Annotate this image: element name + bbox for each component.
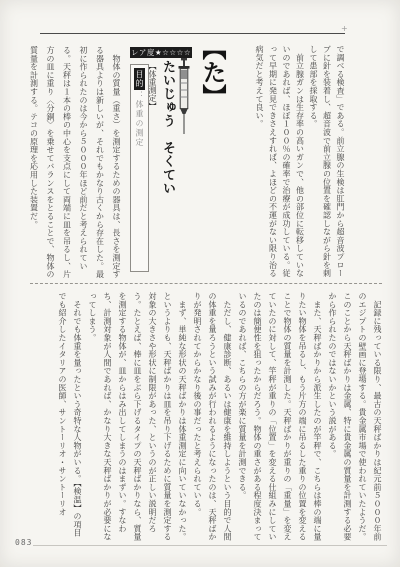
purpose-box: 目的 ： 体重の測定 xyxy=(130,64,149,272)
entry-paragraph: ただし、健康診断、あるいは健康を維持しようという目的で人間の体重を量ろうという試… xyxy=(190,292,235,542)
purpose-colon: ： xyxy=(134,91,145,99)
footer-rule xyxy=(33,545,387,546)
purpose-label: 目的 xyxy=(134,68,145,90)
purpose-value: 体重の測定 xyxy=(135,100,144,148)
previous-entry-paragraph: 前立腺ガンは生存率の高いガンで、他の部位に転移していないのであれば、ほぼ１００％… xyxy=(253,45,307,281)
entry-body-text: 記録に残っている限り、最古の天秤ばかりは紀元前５０００年前のエジプトの壁画に登場… xyxy=(18,292,385,542)
entry-paragraph: また、天秤ばかりから派生したのが竿秤で、こちらは棒の端に量りたい物体を吊るし、も… xyxy=(235,292,325,542)
entry-paragraph: それでも体重を量ったという奇特な人物がいる。【検温】の項目でも紹介したイタリアの… xyxy=(55,292,85,542)
syringe-icon xyxy=(177,58,191,136)
band-divider-dashed xyxy=(30,283,382,284)
book-page: + で調べる検査」である。前立腺の生検は肛門から超音波プローブに針を装着し、超音… xyxy=(0,0,400,567)
previous-entry-paragraph: で調べる検査」である。前立腺の生検は肛門から超音波プローブに針を装着し、超音波で… xyxy=(307,45,348,281)
entry-intro-text: 物体の質量（重さ）を測定するための器具は、長さを測定する器具よりは新しいが、それ… xyxy=(12,46,124,282)
previous-entry-text: で調べる検査」である。前立腺の生検は肛門から超音波プローブに針を装着し、超音波で… xyxy=(245,45,347,281)
entry-title-kana: たいじゅう そくてい xyxy=(159,60,175,210)
kana-section-marker: 【た】 xyxy=(199,36,225,108)
entry-paragraph: まず、単純な形状の天秤ばかりは体重測定に向いていなかった。というよりも、天秤ばか… xyxy=(85,292,190,542)
rule-end-mark: + xyxy=(341,24,348,33)
entry-paragraph: 記録に残っている限り、最古の天秤ばかりは紀元前５０００年前のエジプトの壁画に登場… xyxy=(325,292,385,542)
entry-paragraph: 物体の質量（重さ）を測定するための器具は、長さを測定する器具よりは新しいが、それ… xyxy=(25,46,124,282)
top-rule xyxy=(40,33,345,34)
rarity-badge: レア度★☆☆☆☆ xyxy=(130,47,192,58)
page-number: 083 xyxy=(15,538,32,547)
